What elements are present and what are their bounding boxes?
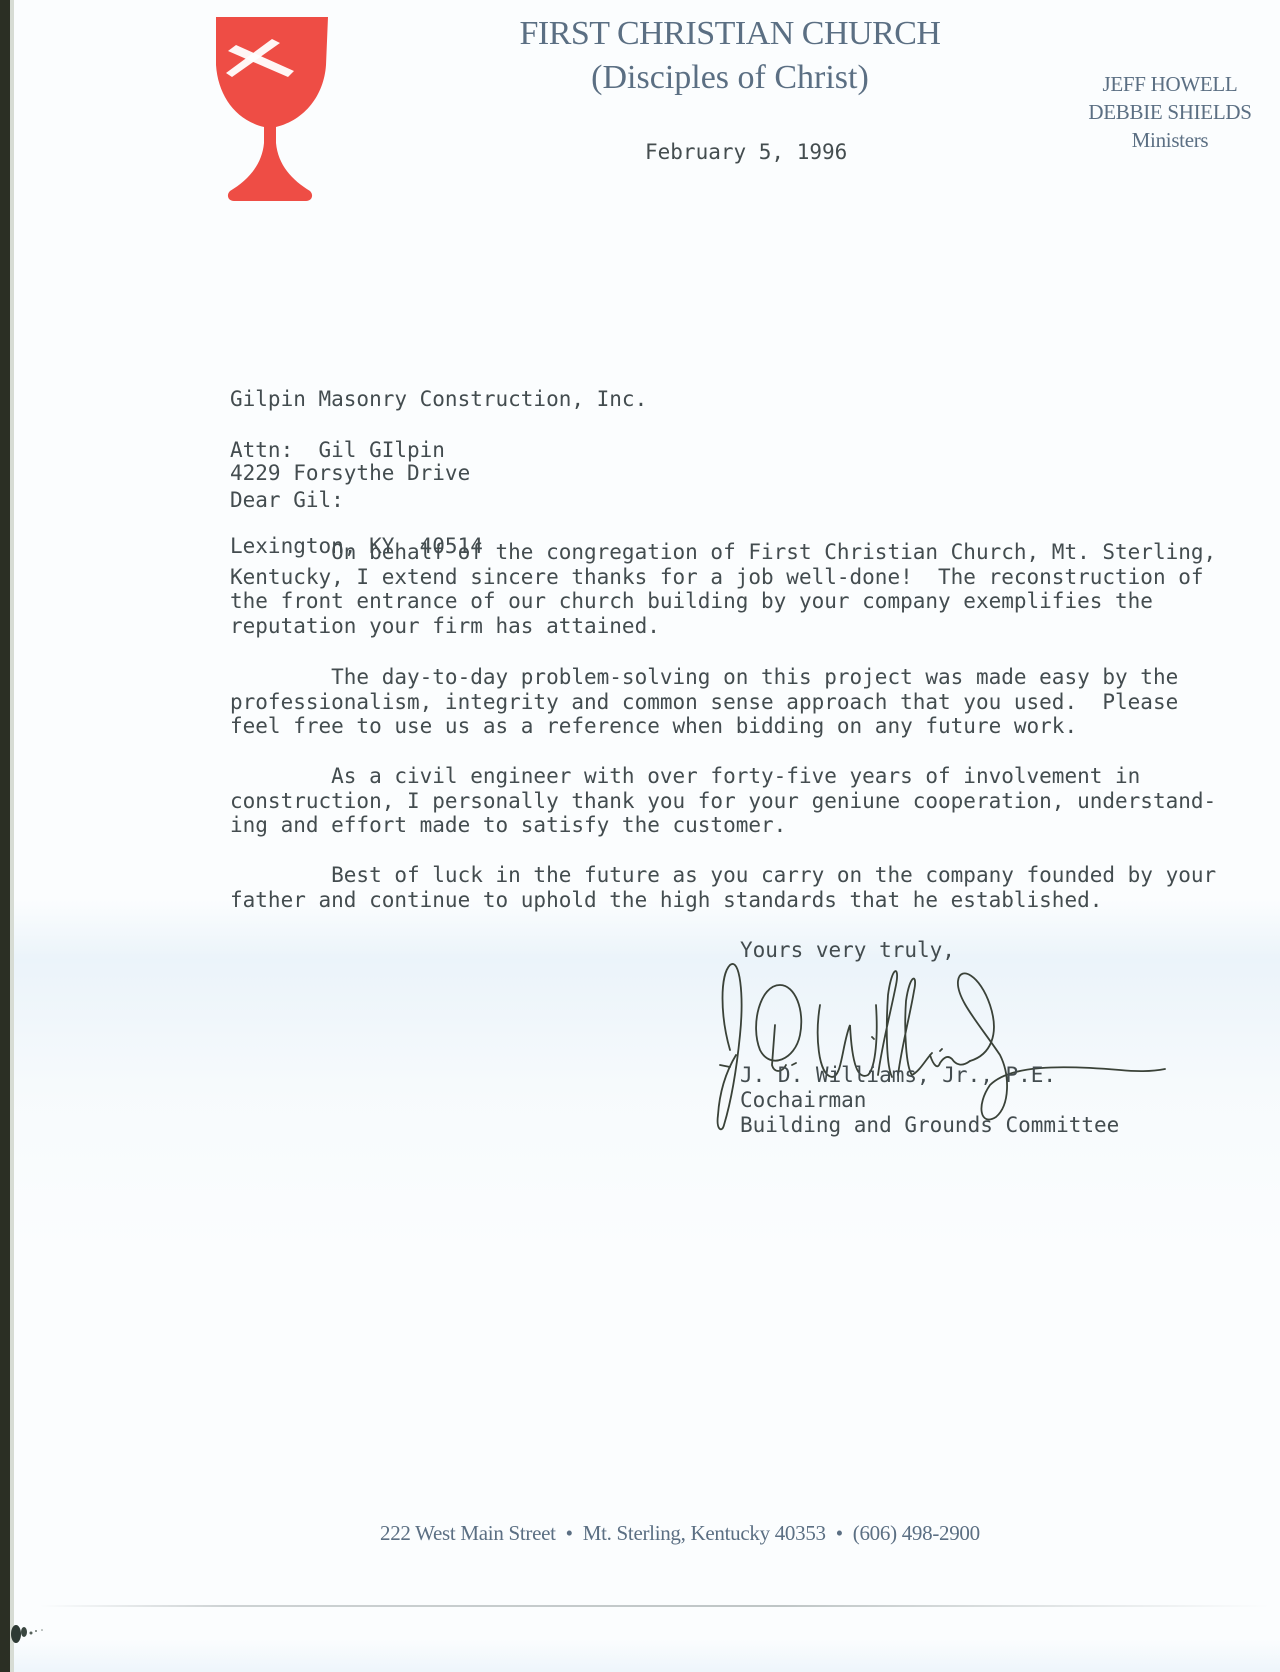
scan-edge xyxy=(0,0,10,1672)
minister-name: DEBBIE SHIELDS xyxy=(1060,98,1280,126)
footer-phone: (606) 498-2900 xyxy=(853,1521,980,1545)
body-line: feel free to use us as a reference when … xyxy=(230,714,1210,739)
signer-title: Cochairman xyxy=(740,1088,1119,1113)
body-line: As a civil engineer with over forty-five… xyxy=(230,764,1210,789)
fold-line xyxy=(40,1605,1270,1607)
letter-date: February 5, 1996 xyxy=(645,138,847,166)
body-paragraph: As a civil engineer with over forty-five… xyxy=(230,764,1210,838)
body-paragraph: On behalf of the congregation of First C… xyxy=(230,540,1210,638)
body-line: father and continue to uphold the high s… xyxy=(230,888,1210,913)
body-line: ing and effort made to satisfy the custo… xyxy=(230,813,1210,838)
footer-city: Mt. Sterling, Kentucky 40353 xyxy=(583,1521,826,1545)
letterhead-footer: 222 West Main Street•Mt. Sterling, Kentu… xyxy=(380,1518,1080,1548)
ministers-block: JEFF HOWELL DEBBIE SHIELDS Ministers xyxy=(1060,70,1280,154)
chalice-cross-icon xyxy=(210,15,330,205)
minister-name: JEFF HOWELL xyxy=(1060,70,1280,98)
body-line: construction, I personally thank you for… xyxy=(230,789,1210,814)
recipient-company: Gilpin Masonry Construction, Inc. xyxy=(230,387,1210,412)
recipient-street: 4229 Forsythe Drive xyxy=(230,461,1210,486)
signature-block: J. D. Williams, Jr., P.E. Cochairman Bui… xyxy=(740,1063,1119,1138)
denomination: (Disciples of Christ) xyxy=(430,56,1030,100)
body-line: On behalf of the congregation of First C… xyxy=(230,540,1210,565)
signer-committee: Building and Grounds Committee xyxy=(740,1113,1119,1138)
ministers-label: Ministers xyxy=(1060,126,1280,154)
salutation: Dear Gil: xyxy=(230,488,1210,513)
body-line: professionalism, integrity and common se… xyxy=(230,690,1210,715)
organization-name: FIRST CHRISTIAN CHURCH xyxy=(430,12,1030,56)
signer-name: J. D. Williams, Jr., P.E. xyxy=(740,1063,1119,1088)
body-paragraph: The day-to-day problem-solving on this p… xyxy=(230,665,1210,739)
body-line: Best of luck in the future as you carry … xyxy=(230,863,1210,888)
footer-address: 222 West Main Street xyxy=(380,1521,556,1545)
body-paragraph: Best of luck in the future as you carry … xyxy=(230,863,1210,912)
body-line: reputation your firm has attained. xyxy=(230,614,1210,639)
footer-separator: • xyxy=(556,1521,583,1545)
footer-separator: • xyxy=(826,1521,853,1545)
ink-smudge xyxy=(8,1620,48,1650)
body-line: Kentucky, I extend sincere thanks for a … xyxy=(230,565,1210,590)
body-line: the front entrance of our church buildin… xyxy=(230,589,1210,614)
attention-line: Attn: Gil GIlpin xyxy=(230,438,1210,463)
body-line: The day-to-day problem-solving on this p… xyxy=(230,665,1210,690)
